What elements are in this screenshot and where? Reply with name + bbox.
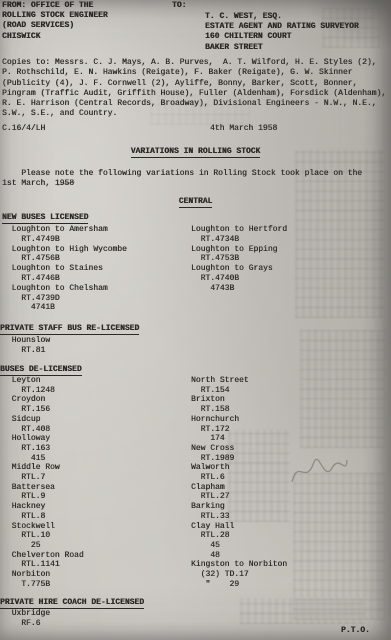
de-licensed-right-column: North Street RT.154 Brixton RT.158 Hornc… <box>191 376 287 589</box>
region-heading: CENTRAL <box>179 197 213 208</box>
document-title: VARIATIONS IN ROLLING STOCK <box>131 147 261 158</box>
section-heading-coach: PRIVATE HIRE COACH DE-LICENSED <box>0 598 144 609</box>
pencil-mark <box>288 452 350 490</box>
region-heading-row: CENTRAL <box>0 197 391 208</box>
section-heading-staff-bus-row: PRIVATE STAFF BUS RE-LICENSED <box>0 324 139 335</box>
new-buses-left-column: Loughton to Amersham RT.4749B Loughton t… <box>2 225 127 313</box>
from-address: FROM: OFFICE OF THE ROLLING STOCK ENGINE… <box>2 1 108 42</box>
document-title-row: VARIATIONS IN ROLLING STOCK <box>0 147 391 158</box>
section-heading-coach-row: PRIVATE HIRE COACH DE-LICENSED <box>0 598 144 609</box>
copies-list: Copies to: Messrs. C. J. Mays, A. B. Pur… <box>2 58 386 120</box>
bleed-through-artifact <box>300 330 385 448</box>
section-heading-de-licensed: BUSES DE-LICENSED <box>0 365 82 376</box>
date: 4th March 1958 <box>210 124 277 133</box>
bleed-through-artifact <box>240 598 365 624</box>
pto-note: P.T.O. <box>341 626 370 635</box>
coach-list: Uxbridge RF.6 <box>2 609 50 629</box>
section-heading-de-licensed-row: BUSES DE-LICENSED <box>0 365 82 376</box>
section-heading-new-buses-licensed: NEW BUSES LICENSED <box>2 213 88 224</box>
reference-number: C.16/4/LH <box>2 124 45 133</box>
intro-paragraph: Please note the following variations in … <box>2 169 362 190</box>
section-heading-new-buses-licensed-row: NEW BUSES LICENSED <box>2 213 88 224</box>
new-buses-right-column: Loughton to Hertford RT.4734B Loughton t… <box>191 225 287 294</box>
to-address: T. C. WEST, ESQ. ESTATE AGENT AND RATING… <box>205 12 359 53</box>
staff-bus-list: Hounslow RT.81 <box>2 336 50 356</box>
scanned-memo-page: FROM: OFFICE OF THE ROLLING STOCK ENGINE… <box>0 0 391 640</box>
de-licensed-left-column: Leyton RT.1248 Croydon RT.156 Sidcup RT.… <box>2 376 84 589</box>
section-heading-staff-bus: PRIVATE STAFF BUS RE-LICENSED <box>0 324 139 335</box>
to-label: TO: <box>172 1 186 10</box>
